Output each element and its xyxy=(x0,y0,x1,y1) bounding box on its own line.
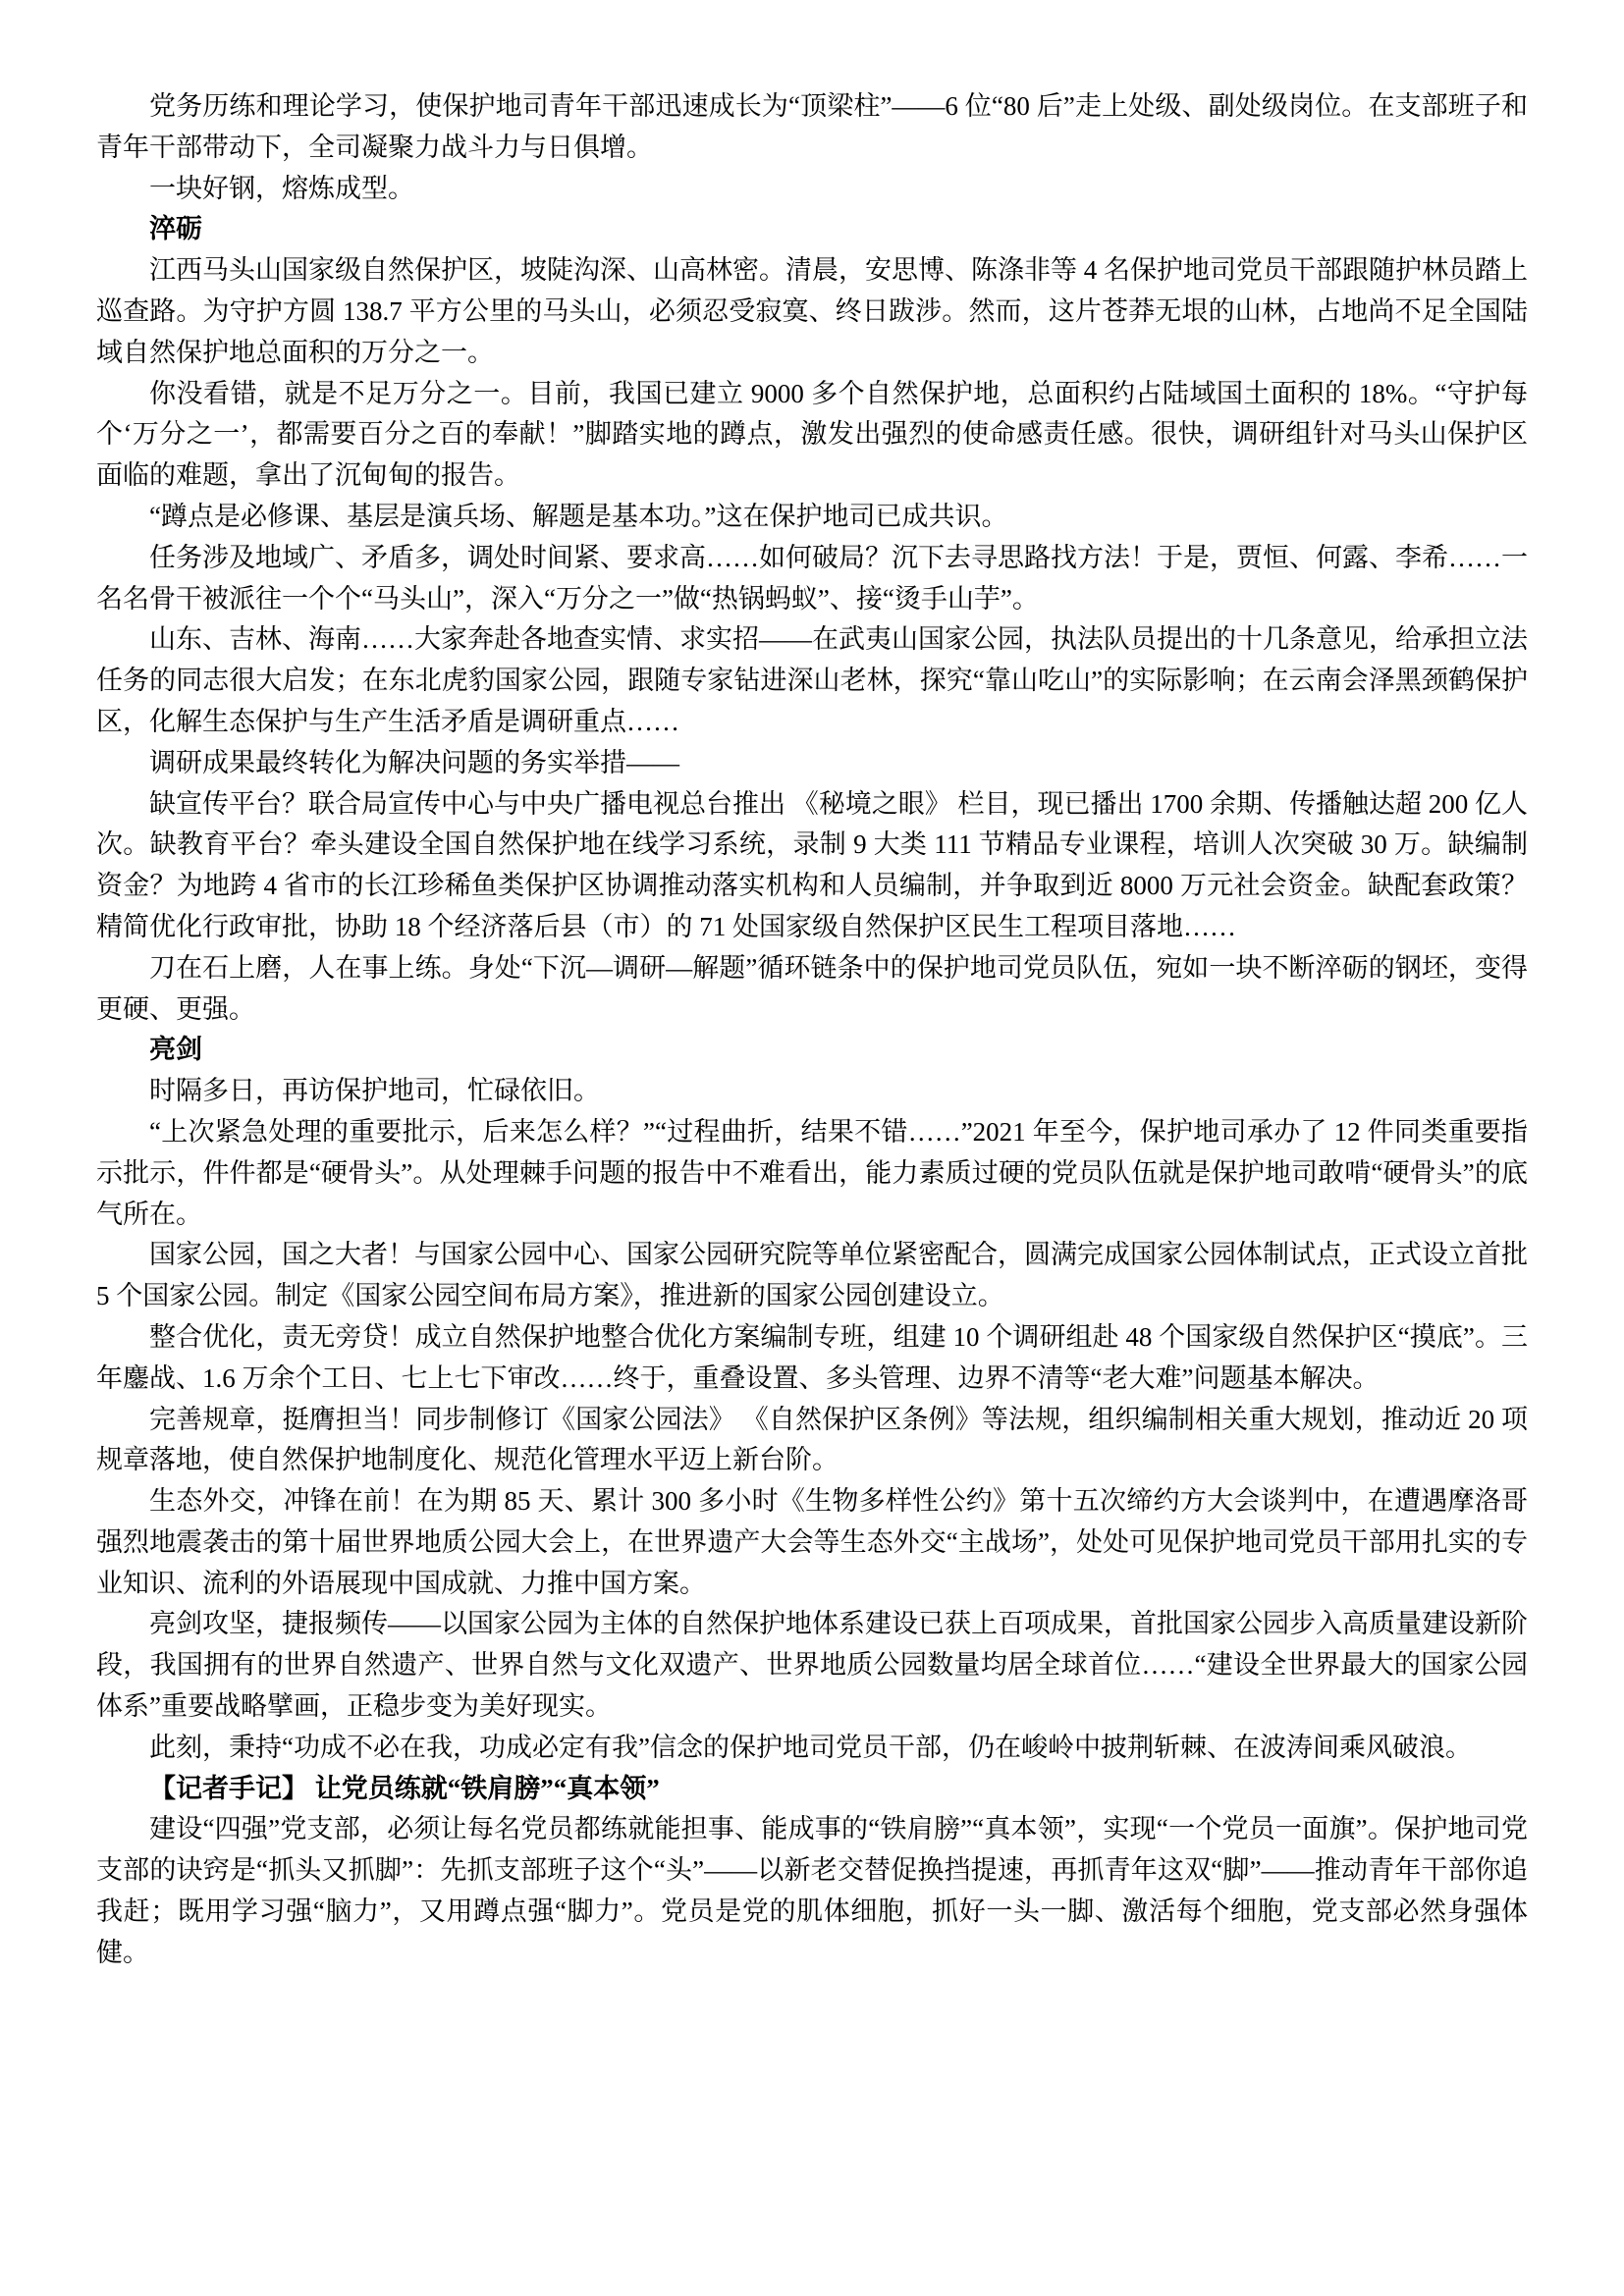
document-page: 党务历练和理论学习，使保护地司青年干部迅速成长为“顶梁柱”——6 位“80 后”… xyxy=(0,0,1624,2296)
paragraph: 整合优化，责无旁贷！成立自然保护地整合优化方案编制专班，组建 10 个调研组赴 … xyxy=(96,1317,1528,1400)
paragraph: 党务历练和理论学习，使保护地司青年干部迅速成长为“顶梁柱”——6 位“80 后”… xyxy=(96,86,1528,169)
paragraph: “蹲点是必修课、基层是演兵场、解题是基本功。”这在保护地司已成共识。 xyxy=(96,497,1528,538)
paragraph: 江西马头山国家级自然保护区，坡陡沟深、山高林密。清晨，安思博、陈涤非等 4 名保… xyxy=(96,250,1528,373)
article-body: 党务历练和理论学习，使保护地司青年干部迅速成长为“顶梁柱”——6 位“80 后”… xyxy=(96,86,1528,1974)
paragraph: 山东、吉林、海南……大家奔赴各地查实情、求实招——在武夷山国家公园，执法队员提出… xyxy=(96,619,1528,742)
section-heading-reporter-notes: 【记者手记】 让党员练就“铁肩膀”“真本领” xyxy=(96,1769,1528,1810)
paragraph: 任务涉及地域广、矛盾多，调处时间紧、要求高……如何破局？沉下去寻思路找方法！于是… xyxy=(96,538,1528,620)
paragraph: 一块好钢，熔炼成型。 xyxy=(96,169,1528,210)
paragraph: 调研成果最终转化为解决问题的务实举措—— xyxy=(96,743,1528,784)
paragraph: “上次紧急处理的重要批示，后来怎么样？”“过程曲折，结果不错……”2021 年至… xyxy=(96,1112,1528,1235)
paragraph: 刀在石上磨，人在事上练。身处“下沉—调研—解题”循环链条中的保护地司党员队伍，宛… xyxy=(96,948,1528,1031)
paragraph: 建设“四强”党支部，必须让每名党员都练就能担事、能成事的“铁肩膀”“真本领”，实… xyxy=(96,1809,1528,1973)
paragraph: 生态外交，冲锋在前！在为期 85 天、累计 300 多小时《生物多样性公约》第十… xyxy=(96,1481,1528,1604)
paragraph: 时隔多日，再访保护地司，忙碌依旧。 xyxy=(96,1071,1528,1112)
section-heading-cuili: 淬砺 xyxy=(96,209,1528,250)
paragraph: 亮剑攻坚，捷报频传——以国家公园为主体的自然保护地体系建设已获上百项成果，首批国… xyxy=(96,1604,1528,1727)
paragraph: 完善规章，挺膺担当！同步制修订《国家公园法》 《自然保护区条例》等法规，组织编制… xyxy=(96,1400,1528,1482)
paragraph: 缺宣传平台？联合局宣传中心与中央广播电视总台推出 《秘境之眼》 栏目，现已播出 … xyxy=(96,784,1528,948)
paragraph: 你没看错，就是不足万分之一。目前，我国已建立 9000 多个自然保护地，总面积约… xyxy=(96,374,1528,497)
section-heading-liangjian: 亮剑 xyxy=(96,1030,1528,1071)
paragraph: 国家公园，国之大者！与国家公园中心、国家公园研究院等单位紧密配合，圆满完成国家公… xyxy=(96,1235,1528,1317)
paragraph: 此刻，秉持“功成不必在我，功成必定有我”信念的保护地司党员干部，仍在峻岭中披荆斩… xyxy=(96,1728,1528,1769)
